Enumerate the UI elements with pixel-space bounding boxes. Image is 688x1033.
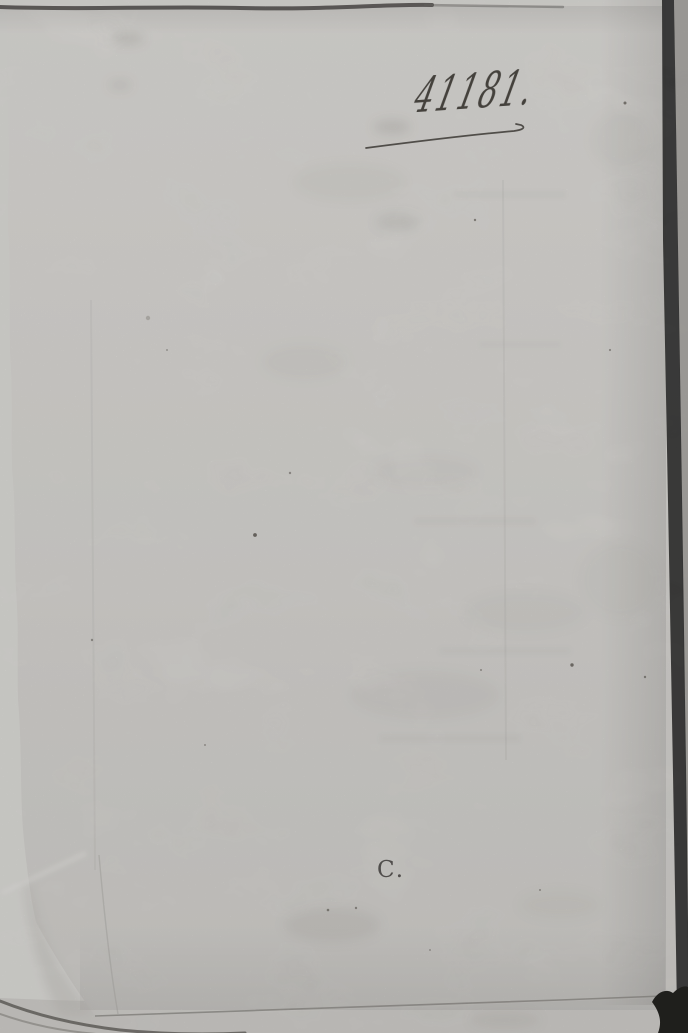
scan-image: 41181. C.: [0, 0, 688, 1033]
scanned-document-page: 41181. C.: [0, 0, 688, 1033]
scan-grain: [0, 0, 688, 1033]
